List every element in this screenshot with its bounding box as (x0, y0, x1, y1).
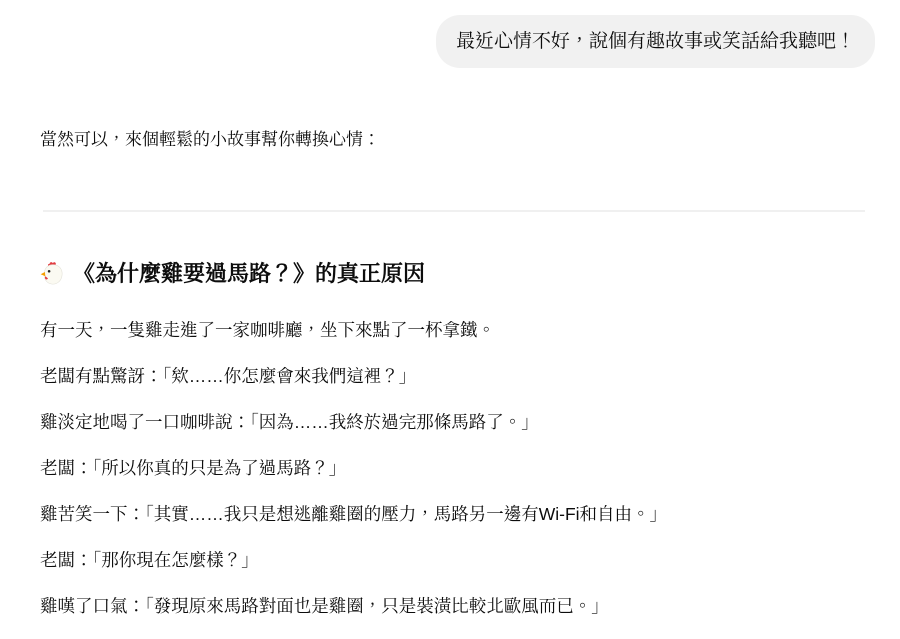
section-divider (43, 210, 865, 212)
story-paragraph: 老闆有點驚訝：「欸……你怎麼會來我們這裡？」 (40, 362, 860, 390)
story-paragraph: 雞苦笑一下：「其實……我只是想逃離雞圈的壓力，馬路另一邊有Wi-Fi和自由。」 (40, 500, 860, 528)
user-message-bubble: 最近心情不好，說個有趣故事或笑話給我聽吧！ (436, 15, 875, 68)
chicken-icon (40, 261, 66, 287)
story-paragraph: 有一天，一隻雞走進了一家咖啡廳，坐下來點了一杯拿鐵。 (40, 316, 860, 344)
story-paragraph: 老闆：「所以你真的只是為了過馬路？」 (40, 454, 860, 482)
story-title: 《為什麼雞要過馬路？》的真正原因 (40, 258, 860, 290)
story-paragraph: 雞淡定地喝了一口咖啡說：「因為……我終於過完那條馬路了。」 (40, 408, 860, 436)
chat-conversation: 最近心情不好，說個有趣故事或笑話給我聽吧！ 當然可以，來個輕鬆的小故事幫你轉換心… (0, 0, 900, 639)
assistant-intro-text: 當然可以，來個輕鬆的小故事幫你轉換心情： (40, 126, 860, 154)
story-title-text: 《為什麼雞要過馬路？》的真正原因 (73, 258, 425, 290)
story-paragraph: 雞嘆了口氣：「發現原來馬路對面也是雞圈，只是裝潢比較北歐風而已。」 (40, 592, 860, 620)
user-message-text: 最近心情不好，說個有趣故事或笑話給我聽吧！ (456, 31, 855, 52)
assistant-message: 當然可以，來個輕鬆的小故事幫你轉換心情： 《為什麼雞要過馬路？》的真正原因 有一… (0, 126, 900, 620)
story-paragraph: 老闆：「那你現在怎麼樣？」 (40, 546, 860, 574)
user-message-row: 最近心情不好，說個有趣故事或笑話給我聽吧！ (0, 0, 900, 68)
story-paragraphs: 有一天，一隻雞走進了一家咖啡廳，坐下來點了一杯拿鐵。 老闆有點驚訝：「欸……你怎… (40, 316, 860, 620)
